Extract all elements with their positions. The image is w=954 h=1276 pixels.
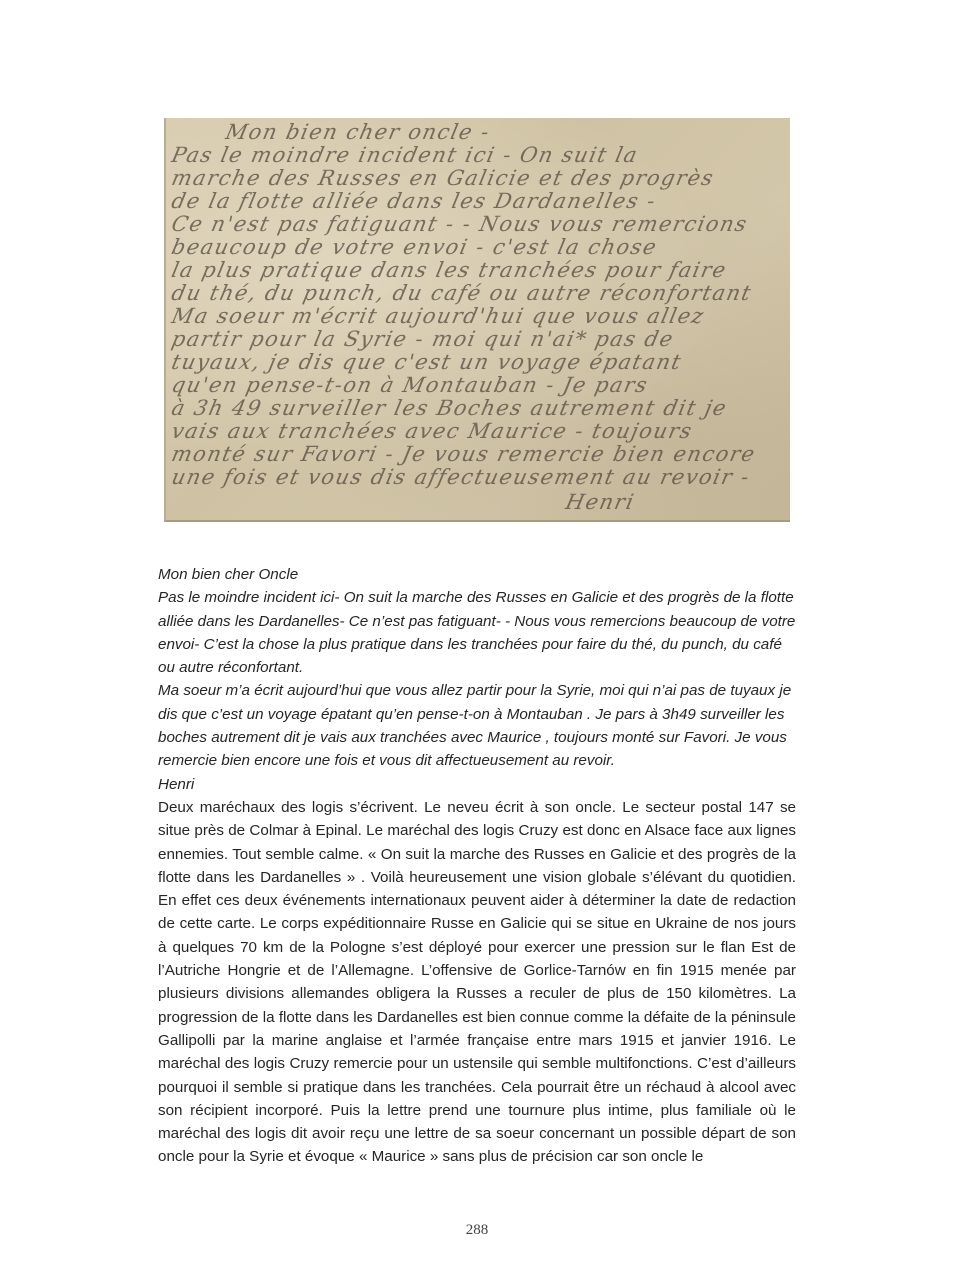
handwriting-line: tuyaux, je dis que c'est un voyage épata…	[169, 350, 788, 374]
commentary: Deux maréchaux des logis s’écrivent. Le …	[158, 796, 796, 1169]
letter-transcription: Mon bien cher Oncle Pas le moindre incid…	[158, 563, 796, 796]
letter-paragraph: Ma soeur m’a écrit aujourd’hui que vous …	[158, 679, 796, 772]
handwriting-line: monté sur Favori - Je vous remercie bien…	[169, 442, 788, 466]
handwriting-line: Ma soeur m'écrit aujourd'hui que vous al…	[169, 304, 788, 328]
handwriting-line: beaucoup de votre envoi - c'est la chose	[169, 235, 788, 259]
page-number: 288	[0, 1222, 954, 1239]
commentary-paragraph: Deux maréchaux des logis s’écrivent. Le …	[158, 796, 796, 1169]
handwriting-line: Pas le moindre incident ici - On suit la	[169, 143, 788, 167]
postcard-photo: Mon bien cher oncle - Pas le moindre inc…	[164, 118, 790, 522]
handwriting-signature: Henri	[563, 490, 788, 514]
handwriting-line: Ce n'est pas fatiguant - - Nous vous rem…	[169, 212, 788, 236]
handwriting-line: la plus pratique dans les tranchées pour…	[169, 258, 788, 282]
handwriting-line: du thé, du punch, du café ou autre récon…	[169, 281, 788, 305]
handwriting-line: à 3h 49 surveiller les Boches autrement …	[169, 396, 788, 420]
handwriting-line: qu'en pense-t-on à Montauban - Je pars	[169, 373, 788, 397]
letter-signature: Henri	[158, 773, 796, 796]
handwriting-line: vais aux tranchées avec Maurice - toujou…	[169, 419, 788, 443]
letter-paragraph: Pas le moindre incident ici- On suit la …	[158, 586, 796, 679]
handwriting-line: partir pour la Syrie - moi qui n'ai* pas…	[169, 327, 788, 351]
handwriting-line: de la flotte alliée dans les Dardanelles…	[169, 189, 788, 213]
handwriting-line: Mon bien cher oncle -	[223, 120, 788, 144]
letter-salutation: Mon bien cher Oncle	[158, 563, 796, 586]
handwriting-line: marche des Russes en Galicie et des prog…	[169, 166, 788, 190]
handwriting-line: une fois et vous dis affectueusement au …	[169, 465, 788, 489]
